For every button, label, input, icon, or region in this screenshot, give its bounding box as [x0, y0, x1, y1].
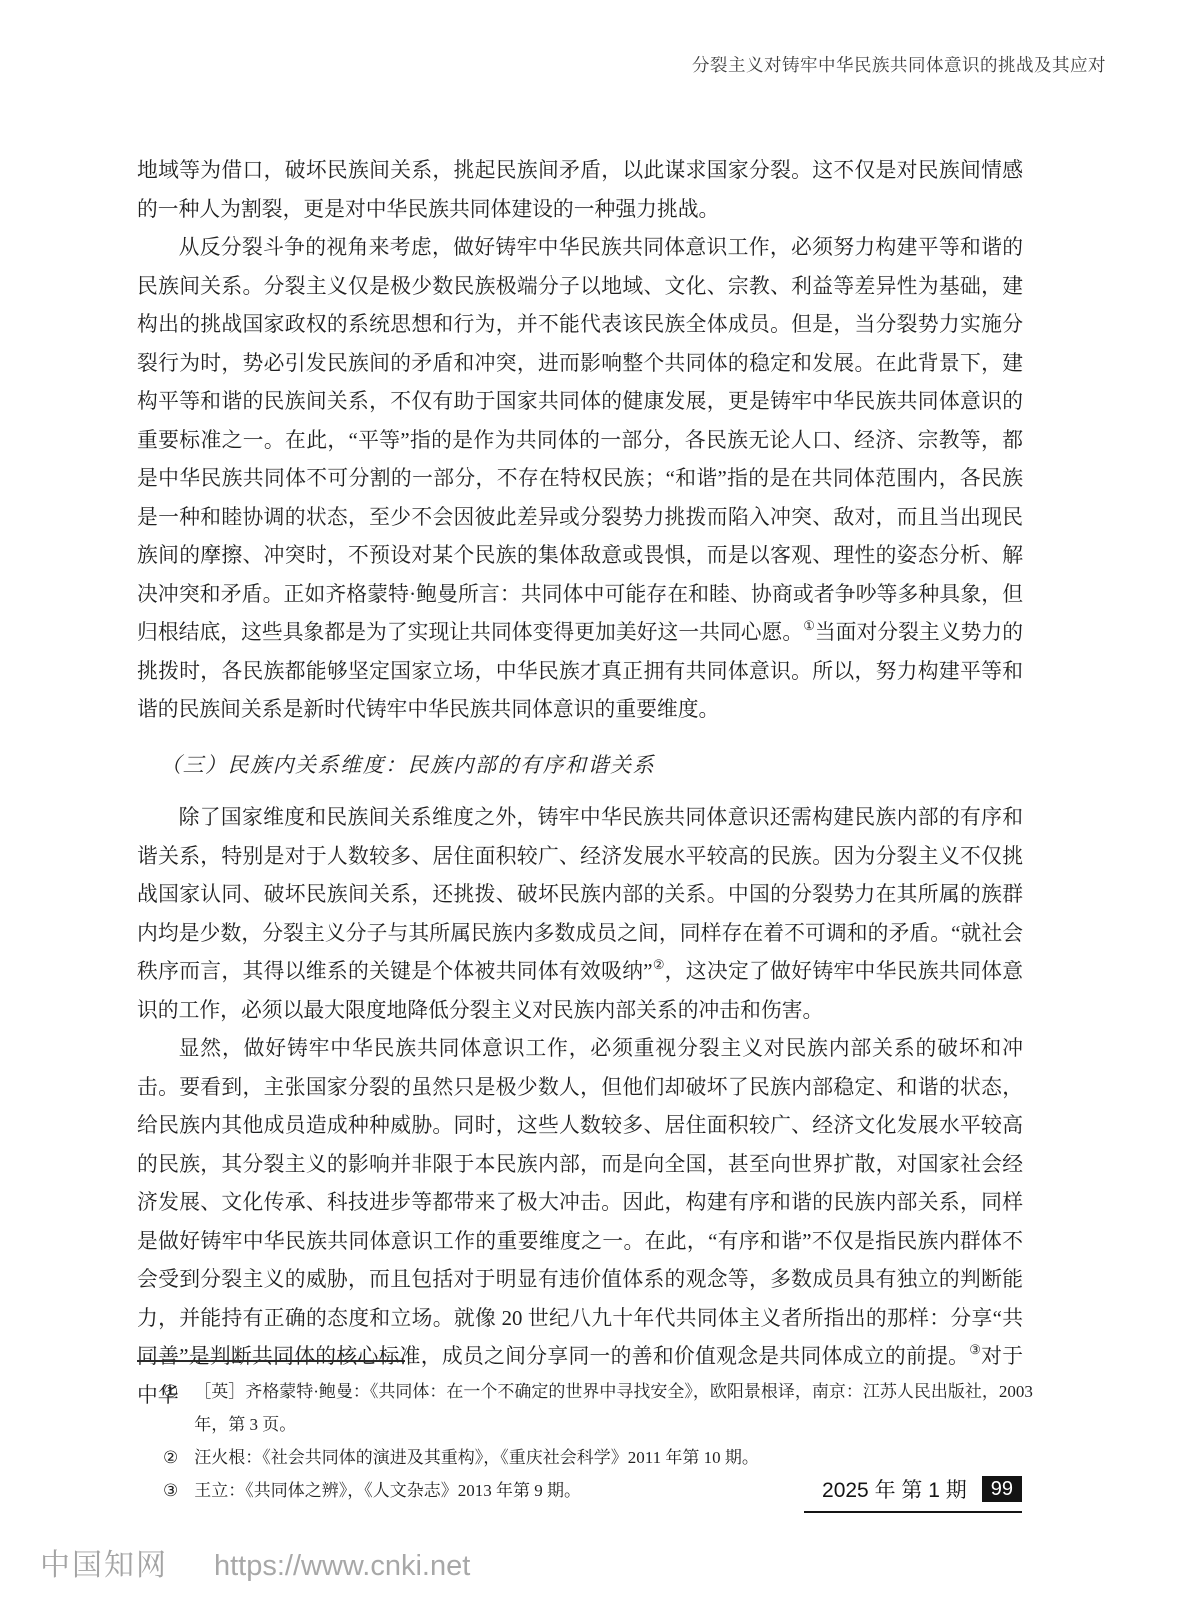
running-title: 分裂主义对铸牢中华民族共同体意识的挑战及其应对 — [692, 52, 1106, 77]
page-number: 99 — [982, 1476, 1022, 1502]
paragraph-text: 地域等为借口，破坏民族间关系，挑起民族间矛盾，以此谋求国家分裂。这不仅是对民族间… — [137, 159, 1023, 221]
paragraph: 地域等为借口，破坏民族间关系，挑起民族间矛盾，以此谋求国家分裂。这不仅是对民族间… — [137, 152, 1023, 229]
watermark: 中国知网 https://www.cnki.net — [40, 1540, 470, 1584]
footnote-marker: ② — [163, 1441, 178, 1474]
article-body: 地域等为借口，破坏民族间关系，挑起民族间矛盾，以此谋求国家分裂。这不仅是对民族间… — [137, 152, 1023, 1415]
paragraph-text: 显然，做好铸牢中华民族共同体意识工作，必须重视分裂主义对民族内部关系的破坏和冲击… — [137, 1037, 1023, 1368]
page-footer: 2025 年 第 1 期 99 — [804, 1474, 1022, 1513]
footnote-text: ［英］齐格蒙特·鲍曼：《共同体：在一个不确定的世界中寻找安全》，欧阳景根译，南京… — [194, 1375, 1043, 1441]
footnote-ref-1: ① — [803, 619, 815, 633]
footnote-item: ① ［英］齐格蒙特·鲍曼：《共同体：在一个不确定的世界中寻找安全》，欧阳景根译，… — [137, 1375, 1043, 1441]
footnote-item: ② 汪火根：《社会共同体的演进及其重构》，《重庆社会科学》2011 年第 10 … — [137, 1441, 1043, 1474]
cnki-logo-text: 中国知网 — [40, 1540, 168, 1584]
footnote-separator — [137, 1360, 405, 1362]
paragraph: 从反分裂斗争的视角来考虑，做好铸牢中华民族共同体意识工作，必须努力构建平等和谐的… — [137, 229, 1023, 730]
cnki-url-link[interactable]: https://www.cnki.net — [214, 1550, 470, 1583]
footnote-ref-2: ② — [653, 958, 665, 972]
footnote-ref-3: ③ — [969, 1343, 981, 1357]
paragraph-text: 除了国家维度和民族间关系维度之外，铸牢中华民族共同体意识还需构建民族内部的有序和… — [137, 806, 1023, 983]
paragraph-text: 从反分裂斗争的视角来考虑，做好铸牢中华民族共同体意识工作，必须努力构建平等和谐的… — [137, 236, 1023, 644]
footnote-text: 汪火根：《社会共同体的演进及其重构》，《重庆社会科学》2011 年第 10 期。 — [194, 1441, 1043, 1474]
paragraph: 除了国家维度和民族间关系维度之外，铸牢中华民族共同体意识还需构建民族内部的有序和… — [137, 799, 1023, 1030]
issue-label: 2025 年 第 1 期 — [822, 1474, 967, 1504]
paragraph: 显然，做好铸牢中华民族共同体意识工作，必须重视分裂主义对民族内部关系的破坏和冲击… — [137, 1030, 1023, 1415]
section-heading: （三）民族内关系维度：民族内部的有序和谐关系 — [137, 746, 1023, 785]
footnote-marker: ③ — [163, 1474, 178, 1507]
footnote-marker: ① — [163, 1375, 178, 1441]
